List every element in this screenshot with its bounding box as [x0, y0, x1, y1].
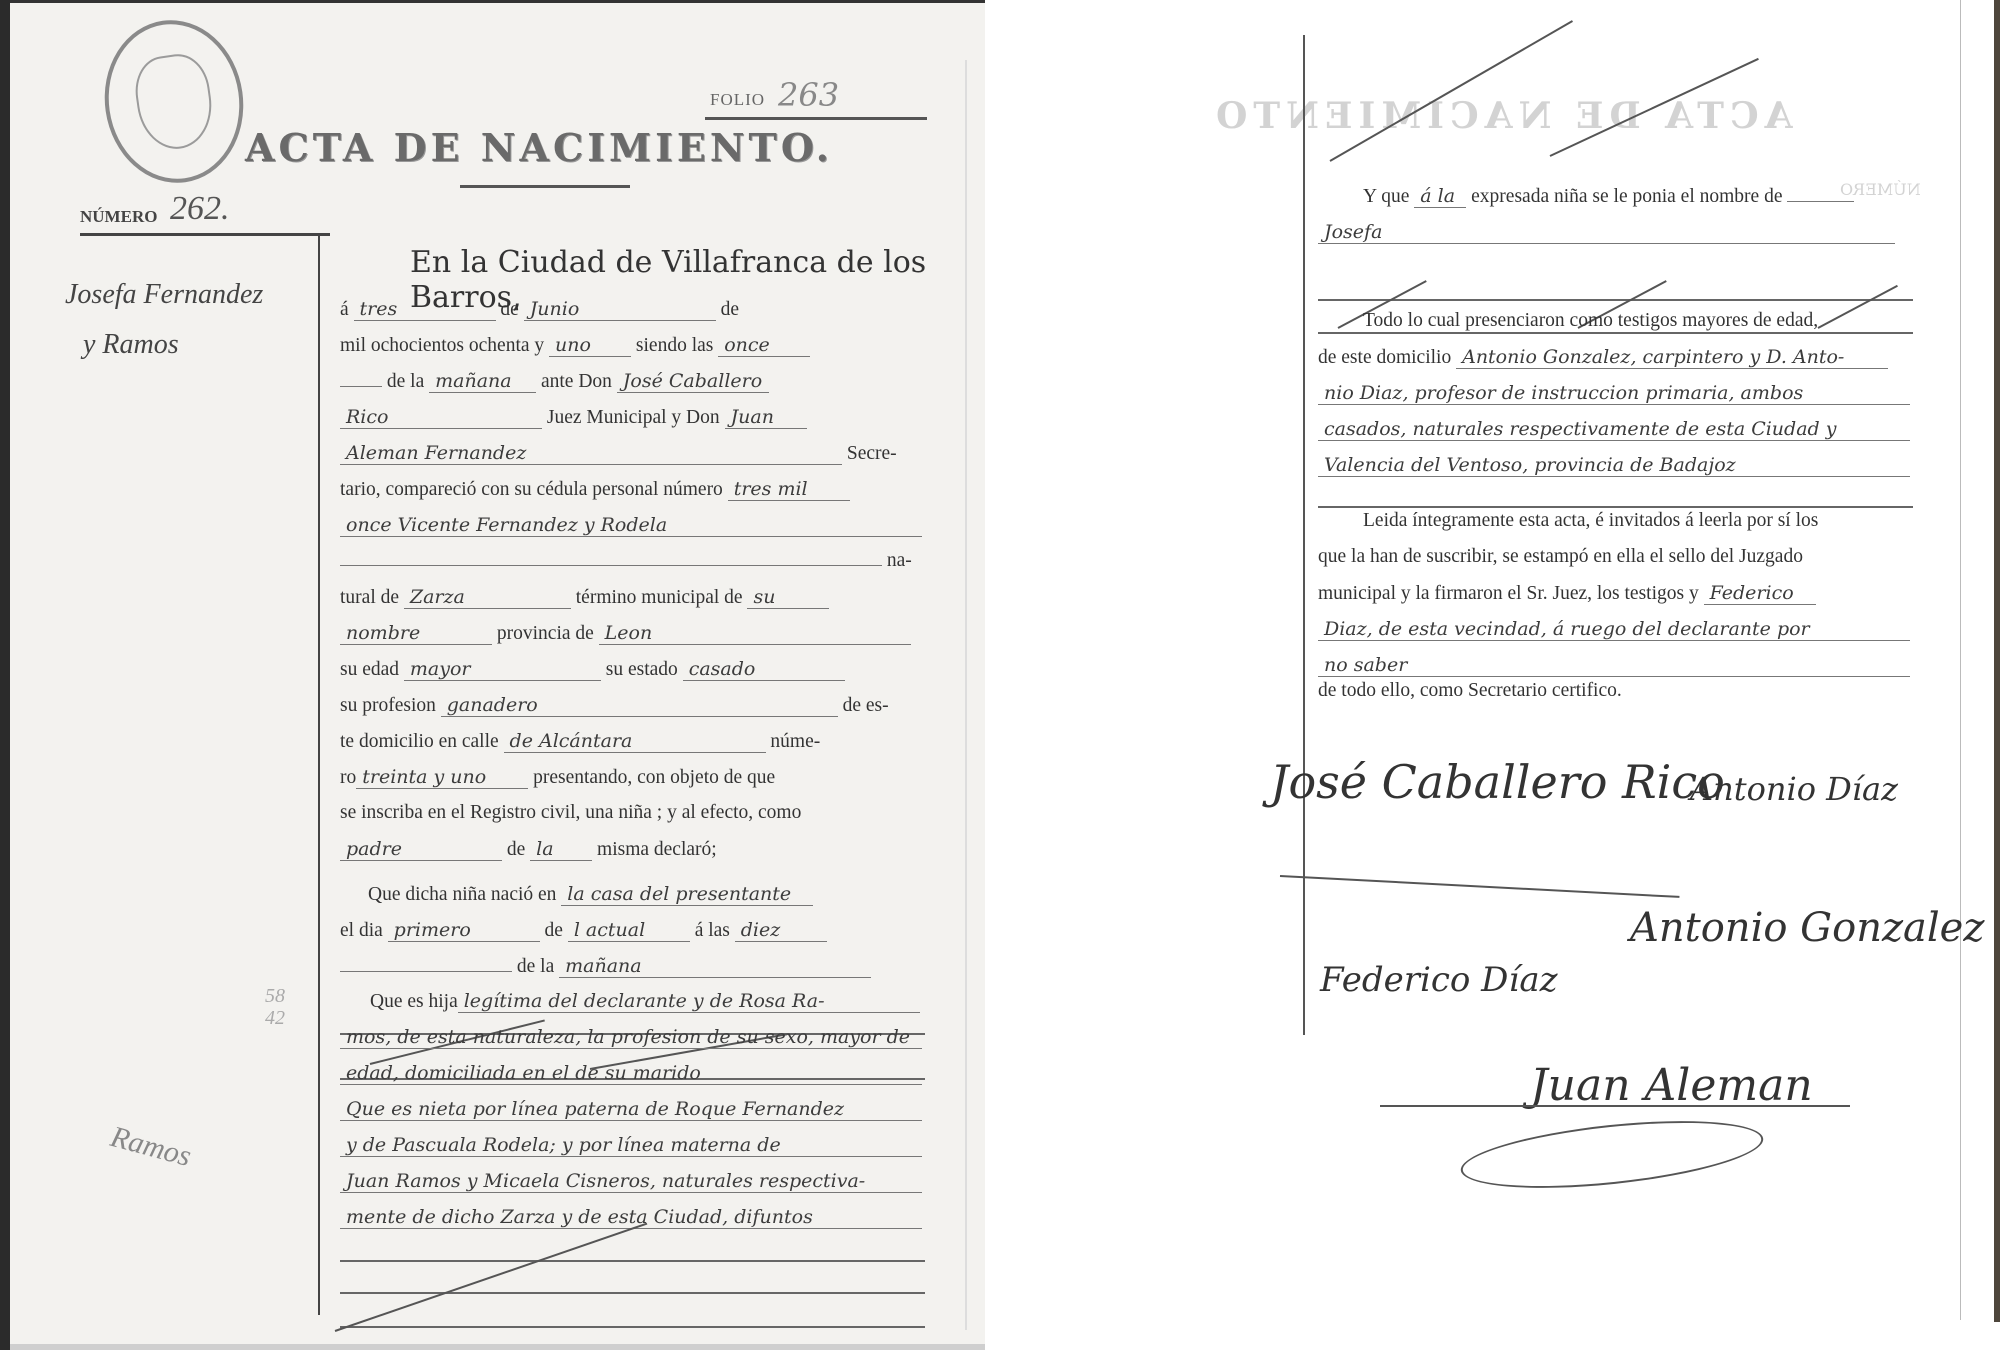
text-line: municipal y la firmaron el Sr. Juez, los… [1318, 582, 1913, 621]
text-line: once Vicente Fernandez y Rodela [340, 514, 925, 553]
folio-label: FOLIO [710, 90, 765, 110]
text-line: que la han de suscribir, se estampó en e… [1318, 546, 1913, 585]
text-line: á tres de Junio de [340, 298, 925, 337]
text-line: padre de la misma declaró; [340, 838, 925, 877]
text-line: Y que á la expresada niña se le ponia el… [1318, 185, 1913, 224]
text-line: Leida íntegramente esta acta, é invitado… [1318, 510, 1913, 549]
column-rule [318, 235, 320, 1315]
folio-rule [705, 117, 927, 120]
folio-number: 263 [778, 76, 839, 114]
text-line: tario, compareció con su cédula personal… [340, 478, 925, 517]
blank-rule [340, 1260, 925, 1262]
void-flourish [1330, 20, 1573, 162]
page-edge [10, 1344, 985, 1350]
blank-rule [340, 1326, 925, 1328]
text-line: nio Diaz, profesor de instruccion primar… [1318, 382, 1913, 421]
numero-label: NÚMERO [80, 207, 157, 227]
text-line: mil ochocientos ochenta y uno siendo las… [340, 334, 925, 373]
numero-rule [80, 233, 330, 236]
text-line: Que dicha niña nació en la casa del pres… [340, 883, 925, 922]
text-line: su profesion ganadero de es- [340, 694, 925, 733]
margin-signature: Ramos [107, 1120, 195, 1174]
blank-rule [340, 1292, 925, 1294]
text-line: mente de dicho Zarza y de esta Ciudad, d… [340, 1206, 925, 1245]
text-line: tural de Zarza término municipal de su [340, 586, 925, 625]
text-line: mos, de esta naturaleza, la profesion de… [340, 1026, 925, 1065]
blank-rule [1318, 506, 1913, 508]
text-line: rotreinta y uno presentando, con objeto … [340, 766, 925, 805]
text-line: de la mañana ante Don José Caballero [340, 370, 925, 409]
page-edge-rule [1960, 0, 1961, 1320]
text-line: de este domicilio Antonio Gonzalez, carp… [1318, 346, 1913, 385]
text-line: edad, domiciliada en el de su marido [340, 1062, 925, 1101]
text-line: casados, naturales respectivamente de es… [1318, 418, 1913, 457]
text-line: Josefa [1318, 221, 1913, 260]
left-page-birth-record: ACTA DE NACIMIENTO. FOLIO 263 NÚMERO 262… [0, 0, 985, 1350]
text-line: na- [340, 550, 925, 589]
signature-flourish [1380, 1105, 1850, 1107]
text-line: Rico Juez Municipal y Don Juan [340, 406, 925, 445]
page-edge [10, 0, 985, 3]
margin-pencil-note: 58 42 [265, 985, 285, 1029]
margin-name-line: Josefa Fernandez [65, 270, 305, 320]
margin-note-line: 58 [265, 985, 285, 1007]
signature-witness-2: Antonio Gonzalez [1630, 905, 1984, 951]
text-line: su edad mayor su estado casado [340, 658, 925, 697]
column-rule [1303, 35, 1305, 1035]
signature-judge: José Caballero Rico [1270, 755, 1725, 809]
text-line: y de Pascuala Rodela; y por línea matern… [340, 1134, 925, 1173]
text-line: Todo lo cual presenciaron como testigos … [1318, 310, 1913, 349]
document-title: ACTA DE NACIMIENTO. [245, 125, 833, 170]
text-line: Aleman Fernandez Secre- [340, 442, 925, 481]
text-line: Que es hijalegítima del declarante y de … [340, 990, 925, 1029]
signature-secretary: Juan Aleman [1530, 1060, 1813, 1111]
text-line: te domicilio en calle de Alcántara núme- [340, 730, 925, 769]
margin-note-line: 42 [265, 1007, 285, 1029]
text-line: Que es nieta por línea paterna de Roque … [340, 1098, 925, 1137]
text-line: Valencia del Ventoso, provincia de Badaj… [1318, 454, 1913, 493]
text-line: Juan Ramos y Micaela Cisneros, naturales… [340, 1170, 925, 1209]
margin-registrant-name: Josefa Fernandez y Ramos [65, 270, 305, 370]
bleed-through-title: ACTA DE NACIMIENTO [1210, 95, 1793, 137]
signature-proxy: Federico Díaz [1320, 960, 1558, 1000]
margin-name-line: y Ramos [65, 320, 305, 370]
blank-rule [1318, 299, 1913, 301]
title-flourish-divider [460, 185, 630, 188]
text-line: el dia primero de l actual á las diez [340, 919, 925, 958]
text-line: Diaz, de esta vecindad, á ruego del decl… [1318, 618, 1913, 657]
text-line: se inscriba en el Registro civil, una ni… [340, 802, 925, 841]
seal-icon [94, 11, 253, 192]
numero-value: 262. [170, 190, 230, 228]
text-line: nombre provincia de Leon [340, 622, 925, 661]
text-line: de todo ello, como Secretario certifico. [1318, 680, 1913, 719]
signature-witness-1: Antonio Díaz [1690, 770, 1898, 808]
